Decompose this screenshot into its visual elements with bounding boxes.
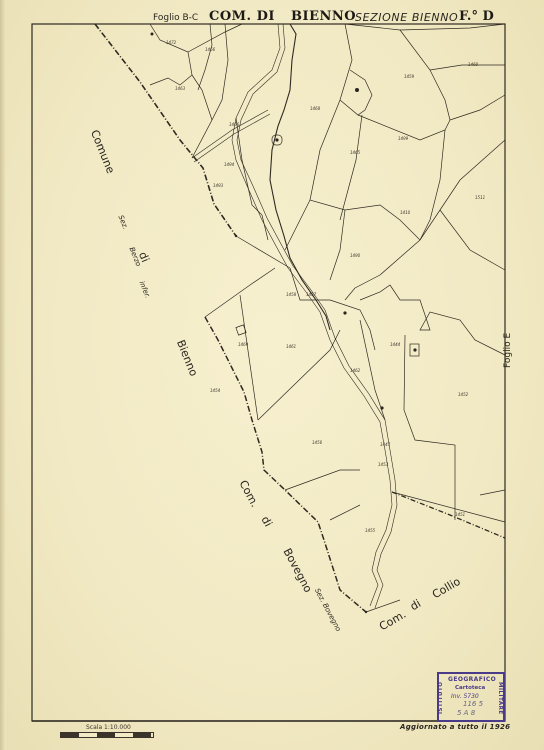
map-frame [32,24,505,721]
parcel-number: 1466 [205,47,215,52]
stamp-inventory: Inv. 5730 [451,693,479,700]
parcel-number: 1452 [458,392,468,397]
municipal-boundary-north [95,24,236,236]
parcel-number: 1444 [390,342,400,347]
parcel-number: 1493 [213,183,223,188]
parcel-number: 1462 [350,368,360,373]
parcel-number: 1459 [404,74,414,79]
parcel-number: 1463 [175,86,185,91]
stamp-number-1: 116 5 [463,700,483,708]
parcel-number: 1460 [468,62,478,67]
parcel-number: 1456 [312,440,322,445]
parcel-number: 1447 [380,442,390,447]
parcel-number: 1451 [455,512,465,517]
municipal-boundary-south [205,317,366,612]
parcel-number: 1454 [210,388,220,393]
label-foglio-e: Foglio E [503,333,513,368]
parcel-number: 1455 [365,528,375,533]
parcel-number: 1458 [286,292,296,297]
stamp-title: GEOGRAFICO [448,676,496,683]
updated-note: Aggiornato a tutto il 1926 [400,723,510,731]
stamp-number-2: 5 A 8 [457,709,475,717]
parcel-number: 1490 [350,253,360,258]
parcel-number: 1457 [306,292,316,297]
parcel-number: 1461 [286,344,296,349]
parcel-number: 1453 [378,462,388,467]
parcel-number: 1465 [350,150,360,155]
municipal-boundary-east [392,492,505,538]
parcel-number: 1472 [166,40,176,45]
parcel-number: 1469 [238,342,248,347]
parcel-number: 1466 [229,122,239,127]
parcel-number: 1511 [475,195,485,200]
parcel-number: 1468 [310,106,320,111]
stamp-subtitle: Cartoteca [455,685,485,691]
parcel-number: 1494 [224,162,234,167]
stamp-side-right: MILITARE [497,682,503,715]
scale-label: Scala 1:10.000 [86,724,131,731]
stamp-side-left: ISTITUTO [438,682,444,714]
parcel-number: 1499 [398,136,408,141]
cadastral-map [0,0,544,750]
parcel-number: 1410 [400,210,410,215]
archive-stamp: GEOGRAFICO Cartoteca Inv. 5730 116 5 5 A… [437,672,505,722]
scale-ruler [60,732,154,738]
